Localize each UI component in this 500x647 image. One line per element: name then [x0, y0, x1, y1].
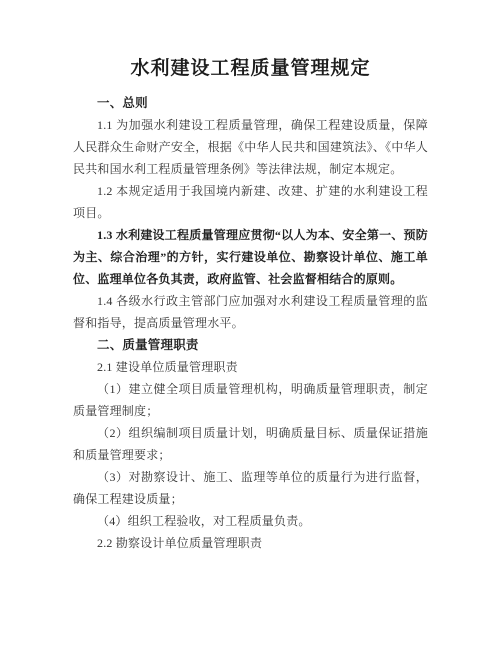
document-title: 水利建设工程质量管理规定 [73, 56, 428, 82]
paragraph-item-1: （1）建立健全项目质量管理机构，明确质量管理职责，制定质量管理制度； [73, 378, 428, 422]
section-heading-duties: 二、质量管理职责 [73, 334, 428, 356]
document-page: 水利建设工程质量管理规定 一、总则 1.1 为加强水利建设工程质量管理，确保工程… [0, 0, 500, 647]
paragraph-clause-1-2: 1.2 本规定适用于我国境内新建、改建、扩建的水利建设工程项目。 [73, 180, 428, 224]
paragraph-item-4: （4）组织工程验收，对工程质量负责。 [73, 510, 428, 532]
paragraph-item-2: （2）组织编制项目质量计划，明确质量目标、质量保证措施和质量管理要求； [73, 422, 428, 466]
paragraph-clause-1-1: 1.1 为加强水利建设工程质量管理，确保工程建设质量，保障人民群众生命财产安全，… [73, 114, 428, 180]
paragraph-clause-1-3: 1.3 水利建设工程质量管理应贯彻“以人为本、安全第一、预防为主、综合治理”的方… [73, 224, 428, 290]
paragraph-clause-2-2: 2.2 勘察设计单位质量管理职责 [73, 532, 428, 554]
section-heading-general: 一、总则 [73, 92, 428, 114]
paragraph-item-3: （3）对勘察设计、施工、监理等单位的质量行为进行监督，确保工程建设质量； [73, 466, 428, 510]
paragraph-clause-2-1: 2.1 建设单位质量管理职责 [73, 356, 428, 378]
paragraph-clause-1-4: 1.4 各级水行政主管部门应加强对水利建设工程质量管理的监督和指导，提高质量管理… [73, 290, 428, 334]
